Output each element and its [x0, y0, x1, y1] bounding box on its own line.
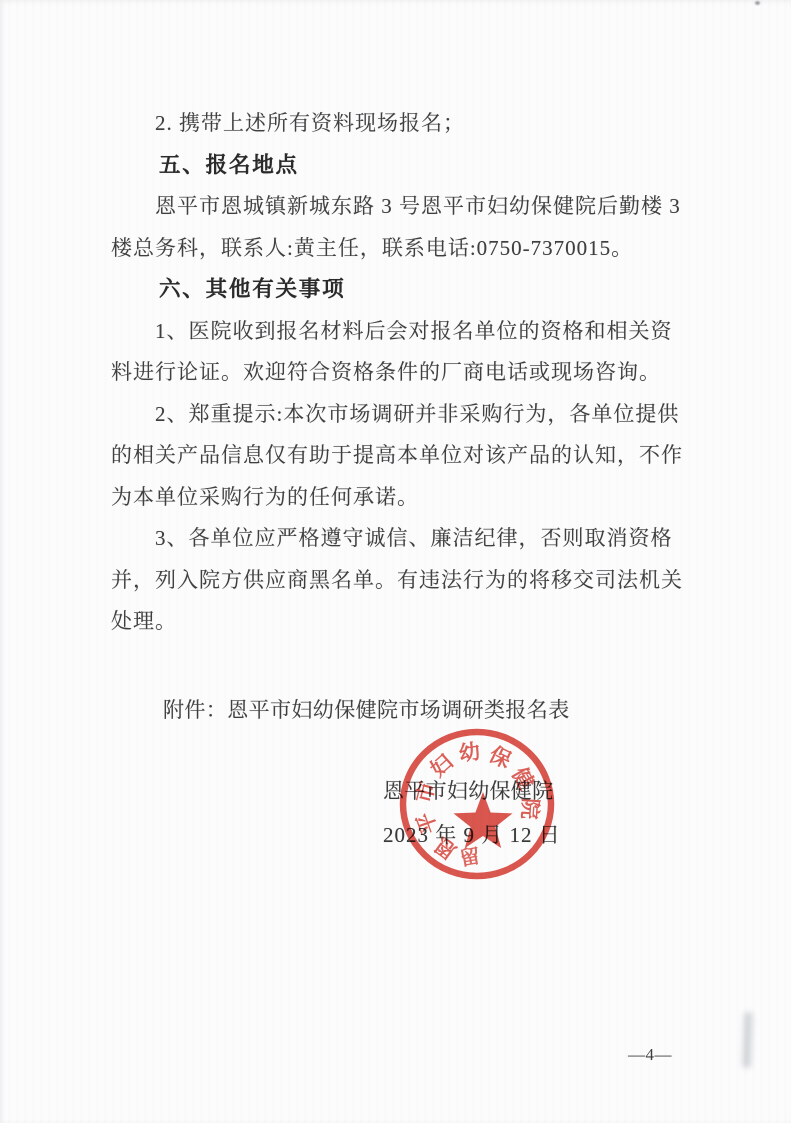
body-line: 的相关产品信息仅有助于提高本单位对该产品的认知，不作 — [111, 435, 711, 477]
body-line: 楼总务科，联系人:黄主任，联系电话:0750-7370015。 — [111, 228, 711, 270]
scan-speck-artifact — [755, 1, 760, 5]
section-heading: 五、报名地点 — [111, 145, 711, 187]
section-heading: 六、其他有关事项 — [111, 269, 711, 311]
stamp-arc-char: 幼 — [458, 739, 482, 766]
document-body: 2. 携带上述所有资料现场报名； 五、报名地点 恩平市恩城镇新城东路 3 号恩平… — [111, 103, 711, 643]
body-line: 1、医院收到报名材料后会对报名单位的资格和相关资 — [111, 311, 711, 353]
body-line: 为本单位采购行为的任何承诺。 — [111, 477, 711, 519]
body-line: 恩平市恩城镇新城东路 3 号恩平市妇幼保健院后勤楼 3 — [111, 186, 711, 228]
body-line: 2. 携带上述所有资料现场报名； — [111, 103, 711, 145]
signature-date-line: 2023 年 9 月 12 日 — [383, 819, 561, 849]
scan-smudge-artifact — [742, 1012, 753, 1068]
body-line: 料进行论证。欢迎符合资格条件的厂商电话或现场咨询。 — [111, 352, 711, 394]
body-line: 2、郑重提示:本次市场调研并非采购行为，各单位提供 — [111, 394, 711, 436]
page-number: —4— — [628, 1045, 672, 1065]
body-line: 处理。 — [111, 601, 711, 643]
signature-org-line: 恩平市妇幼保健院 — [383, 775, 553, 805]
attachment-line: 附件：恩平市妇幼保健院市场调研类报名表 — [163, 694, 570, 724]
body-line: 3、各单位应严格遵守诚信、廉洁纪律，否则取消资格 — [111, 518, 711, 560]
stamp-arc-char: 保 — [486, 742, 515, 773]
body-line: 并，列入院方供应商黑名单。有违法行为的将移交司法机关 — [111, 560, 711, 602]
scanned-document-page: 2. 携带上述所有资料现场报名； 五、报名地点 恩平市恩城镇新城东路 3 号恩平… — [0, 0, 791, 1123]
